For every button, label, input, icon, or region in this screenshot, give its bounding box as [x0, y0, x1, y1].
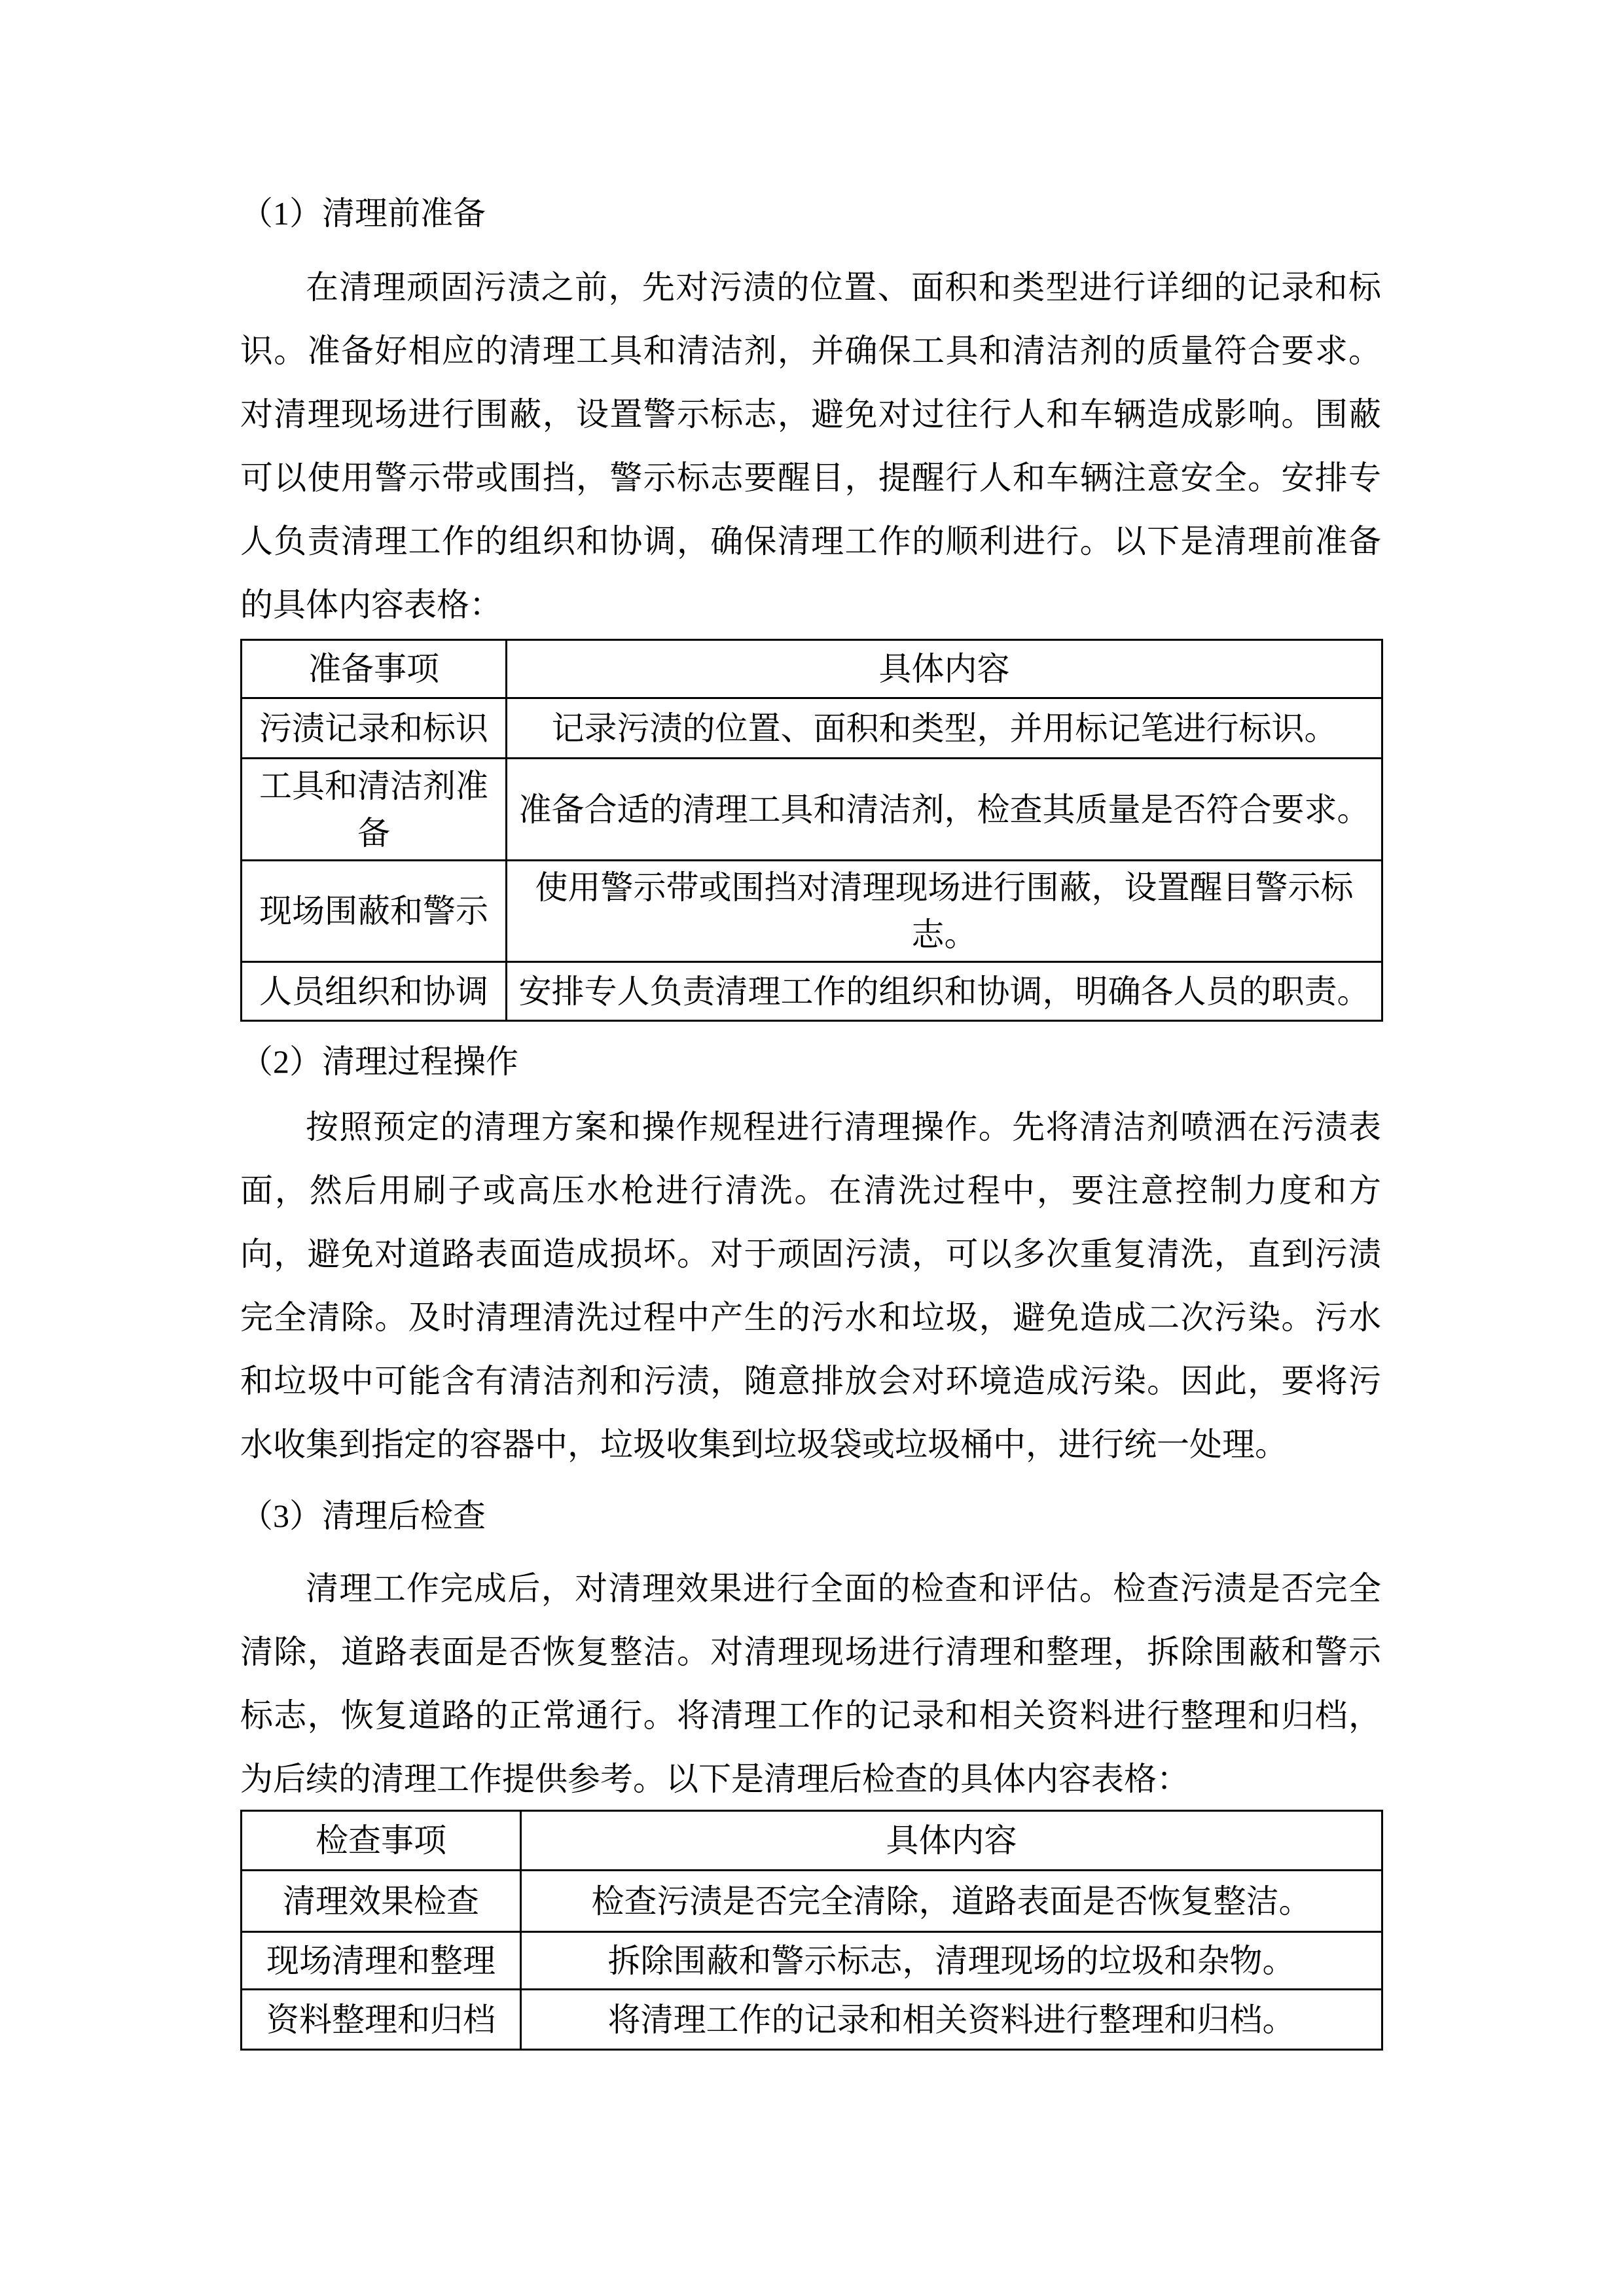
paragraph-line: 标志，恢复道路的正常通行。将清理工作的记录和相关资料进行整理和归档， — [240, 1684, 1381, 1748]
section-3-paragraph: 清理工作完成后，对清理效果进行全面的检查和评估。检查污渍是否完全 清除，道路表面… — [240, 1557, 1381, 1811]
table-item-cell: 现场围蔽和警示 — [242, 861, 507, 962]
table-item-cell: 资料整理和归档 — [242, 1990, 521, 2050]
table-header-cell: 准备事项 — [242, 640, 507, 698]
section-1-heading: （1）清理前准备 — [240, 182, 1381, 245]
table-content-cell: 安排专人负责清理工作的组织和协调，明确各人员的职责。 — [507, 962, 1382, 1021]
table-content-cell: 将清理工作的记录和相关资料进行整理和归档。 — [521, 1990, 1382, 2050]
table-item-cell: 清理效果检查 — [242, 1871, 521, 1932]
table-row: 现场围蔽和警示 使用警示带或围挡对清理现场进行围蔽，设置醒目警示标 志。 — [242, 861, 1382, 962]
table-header-cell: 具体内容 — [521, 1811, 1382, 1871]
paragraph-line: 对清理现场进行围蔽，设置警示标志，避免对过往行人和车辆造成影响。围蔽 — [240, 383, 1381, 446]
table-row: 现场清理和整理 拆除围蔽和警示标志，清理现场的垃圾和杂物。 — [242, 1932, 1382, 1990]
paragraph-line: 完全清除。及时清理清洗过程中产生的污水和垃圾，避免造成二次污染。污水 — [240, 1286, 1381, 1350]
table-item-cell: 污渍记录和标识 — [242, 698, 507, 759]
table-content-cell: 检查污渍是否完全清除，道路表面是否恢复整洁。 — [521, 1871, 1382, 1932]
table-item-cell: 现场清理和整理 — [242, 1932, 521, 1990]
table-content-cell: 记录污渍的位置、面积和类型，并用标记笔进行标识。 — [507, 698, 1382, 759]
paragraph-line: 清理工作完成后，对清理效果进行全面的检查和评估。检查污渍是否完全 — [240, 1557, 1381, 1621]
paragraph-line: 识。准备好相应的清理工具和清洁剂，并确保工具和清洁剂的质量符合要求。 — [240, 319, 1381, 383]
inspection-table: 检查事项 具体内容 清理效果检查 检查污渍是否完全清除，道路表面是否恢复整洁。 … — [240, 1810, 1383, 2051]
table-row: 污渍记录和标识 记录污渍的位置、面积和类型，并用标记笔进行标识。 — [242, 698, 1382, 759]
preparation-table: 准备事项 具体内容 污渍记录和标识 记录污渍的位置、面积和类型，并用标记笔进行标… — [240, 639, 1383, 1022]
paragraph-line: 为后续的清理工作提供参考。以下是清理后检查的具体内容表格： — [240, 1748, 1381, 1811]
table-row: 检查事项 具体内容 — [242, 1811, 1382, 1871]
table-content-cell: 使用警示带或围挡对清理现场进行围蔽，设置醒目警示标 志。 — [507, 861, 1382, 962]
table-row: 资料整理和归档 将清理工作的记录和相关资料进行整理和归档。 — [242, 1990, 1382, 2050]
paragraph-line: 水收集到指定的容器中，垃圾收集到垃圾袋或垃圾桶中，进行统一处理。 — [240, 1413, 1381, 1477]
table-content-cell: 准备合适的清理工具和清洁剂，检查其质量是否符合要求。 — [507, 759, 1382, 861]
section-2-heading: （2）清理过程操作 — [240, 1030, 1381, 1094]
table-item-cell: 工具和清洁剂准 备 — [242, 759, 507, 861]
document-page: （1）清理前准备 在清理顽固污渍之前，先对污渍的位置、面积和类型进行详细的记录和… — [0, 0, 1624, 2296]
table-cell-line: 使用警示带或围挡对清理现场进行围蔽，设置醒目警示标 — [507, 864, 1381, 911]
paragraph-line: 在清理顽固污渍之前，先对污渍的位置、面积和类型进行详细的记录和标 — [240, 256, 1381, 319]
paragraph-line: 面，然后用刷子或高压水枪进行清洗。在清洗过程中，要注意控制力度和方 — [240, 1159, 1381, 1223]
paragraph-line: 可以使用警示带或围挡，警示标志要醒目，提醒行人和车辆注意安全。安排专 — [240, 446, 1381, 510]
table-header-cell: 具体内容 — [507, 640, 1382, 698]
paragraph-line: 清除，道路表面是否恢复整洁。对清理现场进行清理和整理，拆除围蔽和警示 — [240, 1621, 1381, 1684]
table-cell-line: 备 — [242, 810, 505, 857]
table-cell-line: 工具和清洁剂准 — [242, 762, 505, 810]
section-2-paragraph: 按照预定的清理方案和操作规程进行清理操作。先将清洁剂喷洒在污渍表 面，然后用刷子… — [240, 1096, 1381, 1477]
table-item-cell: 人员组织和协调 — [242, 962, 507, 1021]
paragraph-line: 的具体内容表格： — [240, 573, 1381, 637]
table-header-cell: 检查事项 — [242, 1811, 521, 1871]
paragraph-line: 人负责清理工作的组织和协调，确保清理工作的顺利进行。以下是清理前准备 — [240, 510, 1381, 573]
paragraph-line: 按照预定的清理方案和操作规程进行清理操作。先将清洁剂喷洒在污渍表 — [240, 1096, 1381, 1159]
section-1-paragraph: 在清理顽固污渍之前，先对污渍的位置、面积和类型进行详细的记录和标 识。准备好相应… — [240, 256, 1381, 637]
paragraph-line: 和垃圾中可能含有清洁剂和污渍，随意排放会对环境造成污染。因此，要将污 — [240, 1350, 1381, 1413]
section-3-heading: （3）清理后检查 — [240, 1484, 1381, 1548]
table-row: 清理效果检查 检查污渍是否完全清除，道路表面是否恢复整洁。 — [242, 1871, 1382, 1932]
table-content-cell: 拆除围蔽和警示标志，清理现场的垃圾和杂物。 — [521, 1932, 1382, 1990]
table-row: 准备事项 具体内容 — [242, 640, 1382, 698]
table-row: 工具和清洁剂准 备 准备合适的清理工具和清洁剂，检查其质量是否符合要求。 — [242, 759, 1382, 861]
table-cell-line: 志。 — [507, 911, 1381, 958]
table-row: 人员组织和协调 安排专人负责清理工作的组织和协调，明确各人员的职责。 — [242, 962, 1382, 1021]
paragraph-line: 向，避免对道路表面造成损坏。对于顽固污渍，可以多次重复清洗，直到污渍 — [240, 1223, 1381, 1286]
